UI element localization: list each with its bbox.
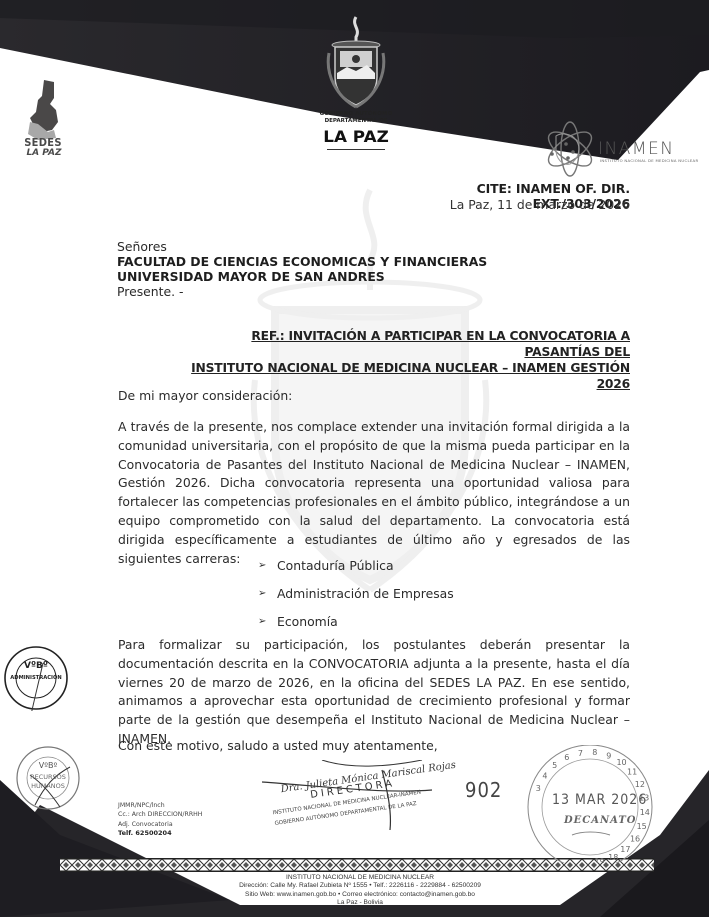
svg-text:15: 15	[637, 822, 647, 831]
gobierno-logo-underline	[327, 149, 385, 150]
svg-text:3: 3	[536, 784, 541, 793]
recipient-presente: Presente. -	[117, 284, 537, 299]
arrow-bullet-icon: ➢	[258, 560, 277, 571]
received-date-stamp: 345678910111213141516171819 13 MAR 2026 …	[520, 745, 660, 863]
copy-to: Cc.: Arch DIRECCION/RRHH	[118, 810, 278, 819]
footer-contact: INSTITUTO NACIONAL DE MEDICINA NUCLEAR D…	[150, 874, 570, 907]
reference-line1: REF.: INVITACIÓN A PARTICIPAR EN LA CONV…	[190, 328, 630, 360]
svg-text:18: 18	[608, 853, 618, 862]
vobo-admin-text: ADMINISTRACIÓN	[3, 675, 69, 681]
coat-of-arms-icon	[323, 15, 389, 110]
vobo-rrhh-stamp: VºBº RECURSOS HUMANOS	[15, 745, 81, 811]
svg-text:5: 5	[552, 761, 557, 770]
received-date: 13 MAR 2026	[552, 792, 647, 808]
gobierno-logo-line2: DEPARTAMENTAL DE	[315, 118, 397, 124]
gobierno-la-paz-logo: GOBIERNO AUTÓNOMO DEPARTAMENTAL DE LA PA…	[315, 15, 397, 155]
svg-text:4: 4	[542, 771, 547, 780]
footer-institution: INSTITUTO NACIONAL DE MEDICINA NUCLEAR	[150, 874, 570, 882]
career-item: ➢Administración de Empresas	[258, 579, 518, 607]
svg-text:6: 6	[564, 753, 569, 762]
phone: Telf. 62500204	[118, 829, 278, 838]
recipient-salutation: Señores	[117, 239, 537, 254]
svg-text:19: 19	[594, 857, 604, 863]
arrow-bullet-icon: ➢	[258, 616, 277, 627]
inamen-logo-subtitle: INSTITUTO NACIONAL DE MEDICINA NUCLEAR	[600, 158, 698, 163]
atom-icon	[542, 120, 598, 178]
career-label: Administración de Empresas	[277, 586, 454, 601]
vobo-rrhh-line1: RECURSOS	[15, 773, 81, 781]
recipient-university: UNIVERSIDAD MAYOR DE SAN ANDRES	[117, 269, 537, 284]
sedes-logo: SEDES LA PAZ	[18, 78, 68, 168]
reference-subject: REF.: INVITACIÓN A PARTICIPAR EN LA CONV…	[190, 328, 630, 392]
signature-stamp: Dra. Julieta Mónica Mariscal Rojas DIREC…	[262, 760, 462, 830]
svg-text:10: 10	[616, 758, 626, 767]
careers-list: ➢Contaduría Pública ➢Administración de E…	[258, 551, 518, 635]
gobierno-logo-line1: GOBIERNO AUTÓNOMO	[315, 111, 397, 117]
vobo-administration-stamp: VºBº ADMINISTRACIÓN	[3, 645, 69, 711]
career-label: Contaduría Pública	[277, 558, 394, 573]
svg-text:14: 14	[640, 808, 650, 817]
sedes-logo-subtitle: LA PAZ	[22, 148, 66, 158]
footer-address: Dirección: Calle My. Rafael Zubieta Nº 1…	[150, 882, 570, 890]
arrow-bullet-icon: ➢	[258, 588, 277, 599]
svg-text:7: 7	[578, 749, 583, 758]
svg-text:8: 8	[592, 748, 597, 757]
body-paragraph-1: A través de la presente, nos complace ex…	[118, 418, 630, 568]
vobo-admin-title: VºBº	[3, 661, 69, 671]
career-item: ➢Economía	[258, 607, 518, 635]
vobo-rrhh-title: VºBº	[15, 761, 81, 770]
svg-text:11: 11	[627, 768, 637, 777]
svg-text:9: 9	[606, 751, 611, 760]
body-paragraph-2: Para formalizar su participación, los po…	[118, 636, 630, 749]
gobierno-logo-line3: LA PAZ	[313, 127, 399, 146]
greeting: De mi mayor consideración:	[118, 387, 630, 406]
svg-text:16: 16	[630, 835, 640, 844]
footer-web: Sitio Web: www.inamen.gob.bo • Correo el…	[150, 891, 570, 899]
career-item: ➢Contaduría Pública	[258, 551, 518, 579]
inamen-logo: INAMEN INSTITUTO NACIONAL DE MEDICINA NU…	[542, 120, 702, 180]
initials: JMMR/NPC/lnch	[118, 801, 278, 810]
footer-city: La Paz - Bolivia	[150, 899, 570, 907]
received-office: DECANATO	[564, 815, 637, 826]
career-label: Economía	[277, 614, 338, 629]
inamen-logo-name: INAMEN	[598, 139, 675, 159]
svg-text:12: 12	[635, 780, 645, 789]
vobo-rrhh-line2: HUMANOS	[15, 782, 81, 790]
attachment: Adj. Convocatoria	[118, 820, 278, 829]
la-paz-map-icon	[24, 78, 62, 140]
letter-date: La Paz, 11 de marzo de 2026	[410, 197, 630, 212]
recipient-faculty: FACULTAD DE CIENCIAS ECONOMICAS Y FINANC…	[117, 254, 537, 269]
reference-initials-block: JMMR/NPC/lnch Cc.: Arch DIRECCION/RRHH A…	[118, 801, 278, 839]
handwritten-number: 902	[465, 778, 502, 802]
svg-text:17: 17	[620, 845, 630, 854]
recipient-block: Señores FACULTAD DE CIENCIAS ECONOMICAS …	[117, 239, 537, 299]
